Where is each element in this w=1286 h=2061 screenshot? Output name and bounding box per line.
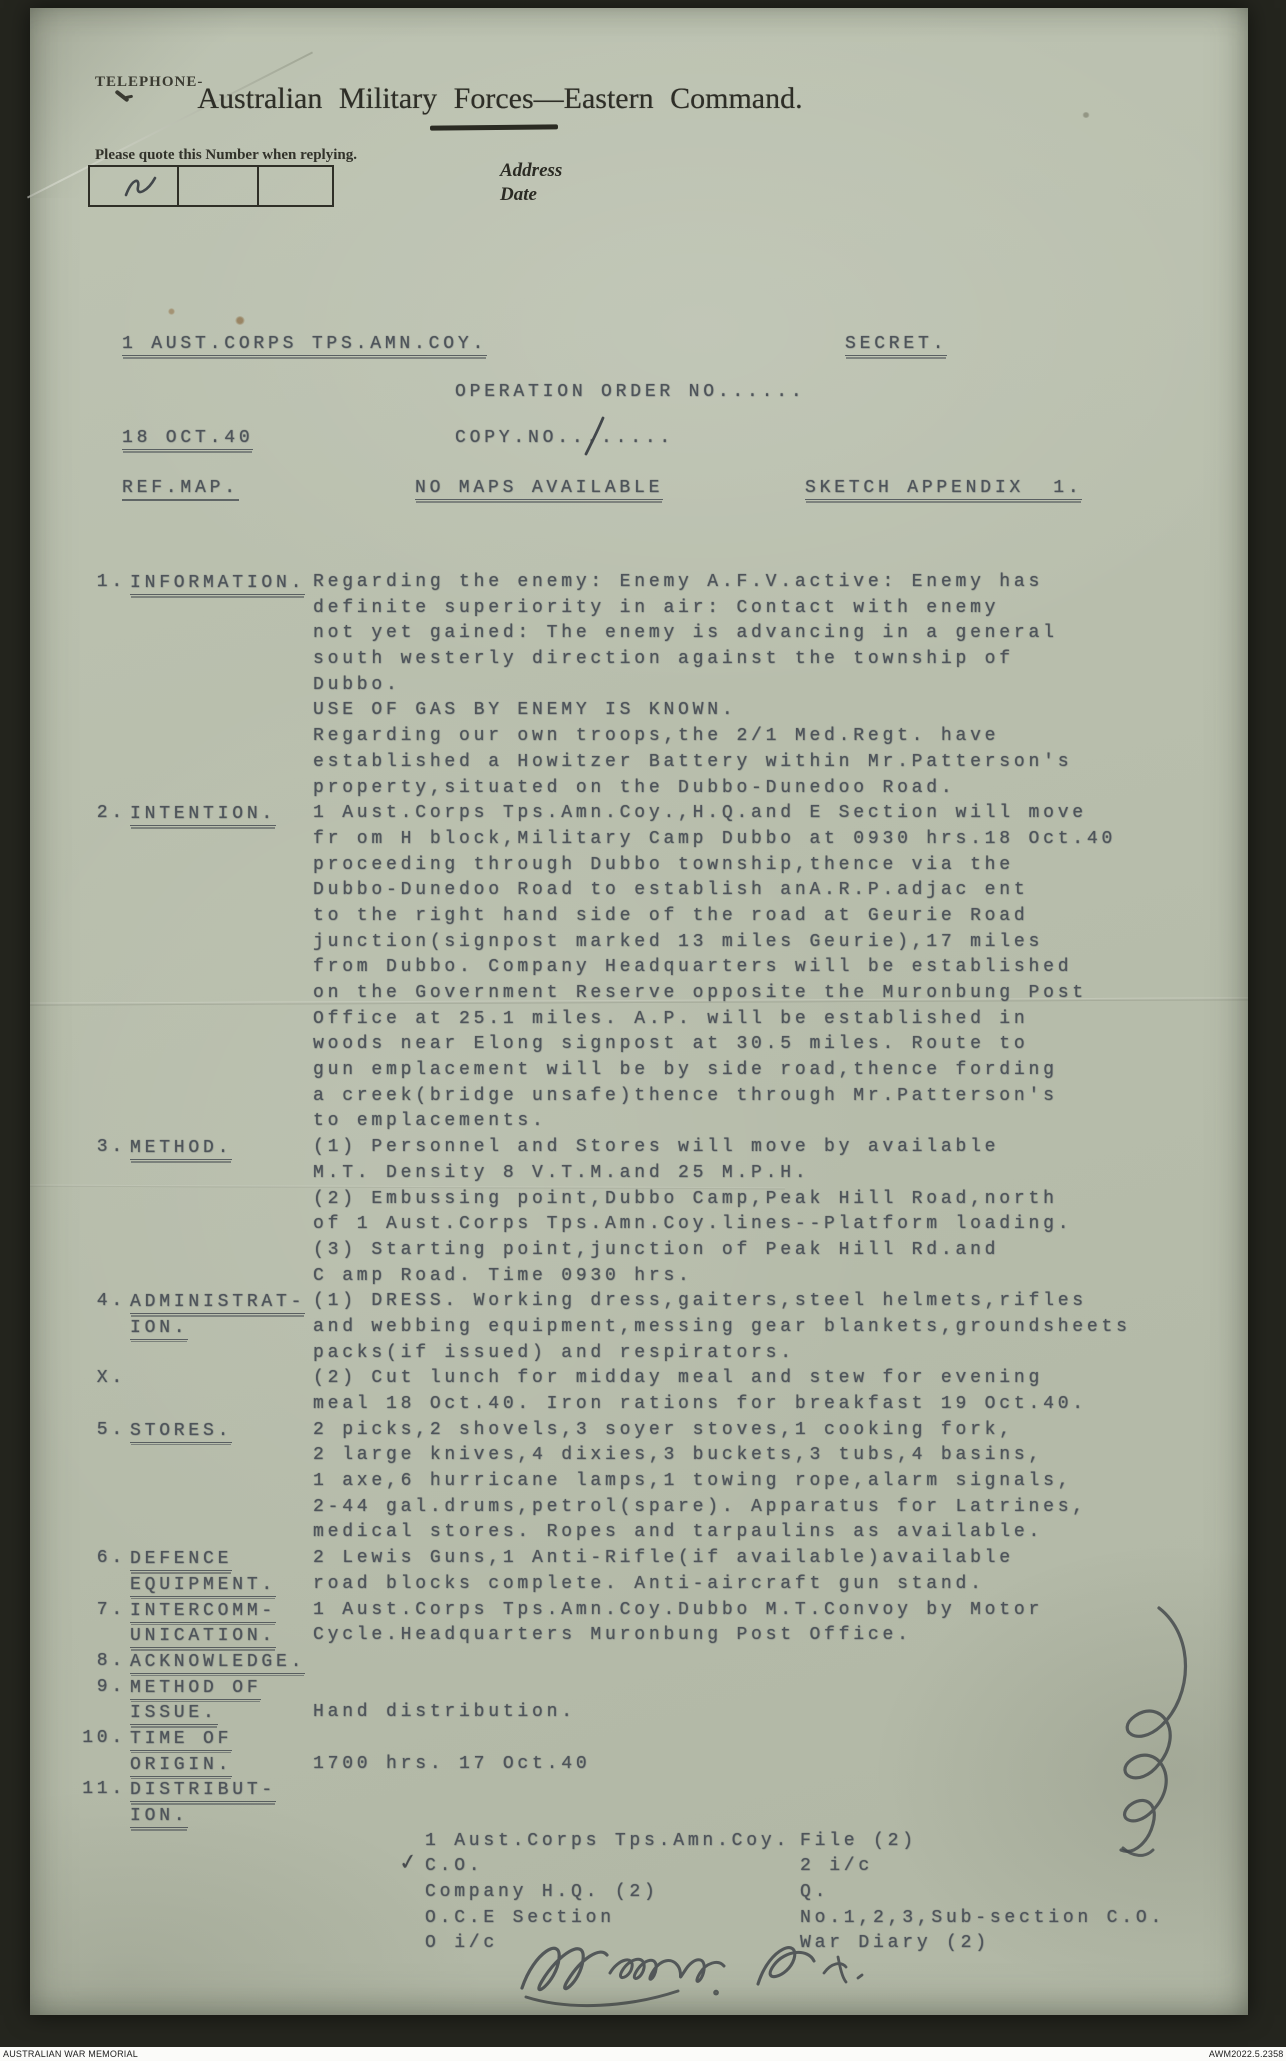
section-heading-line: INFORMATION. bbox=[130, 570, 313, 596]
ink-spot bbox=[1082, 112, 1090, 118]
section-number: 9. bbox=[82, 1675, 126, 1701]
body-line: meal 18 Oct.40. Iron rations for breakfa… bbox=[313, 1392, 1222, 1418]
section-heading-line: ORIGIN. bbox=[130, 1752, 313, 1778]
section-row: 2.INTENTION.1 Aust.Corps Tps.Amn.Coy.,H.… bbox=[82, 801, 1222, 1135]
order-date: 18 OCT.40 bbox=[122, 428, 253, 448]
section-body: 1700 hrs. 17 Oct.40 bbox=[313, 1726, 1222, 1777]
section-heading-line: ACKNOWLEDGE. bbox=[130, 1649, 313, 1675]
section-heading-text: METHOD OF bbox=[130, 1678, 261, 1700]
section-heading-line: EQUIPMENT. bbox=[130, 1572, 313, 1598]
section-number: 8. bbox=[82, 1649, 126, 1675]
section-number: 5. bbox=[82, 1418, 126, 1444]
number-box-cell bbox=[90, 167, 179, 205]
body-line: (2) Cut lunch for midday meal and stew f… bbox=[313, 1366, 1222, 1392]
scanned-document-page: { "letterhead": { "telephone_label": "TE… bbox=[0, 0, 1286, 2061]
section-row: 3.METHOD.(1) Personnel and Stores will m… bbox=[82, 1135, 1222, 1289]
body-line: fr om H block,Military Camp Dubbo at 093… bbox=[313, 827, 1222, 853]
section-row: 6.DEFENCEEQUIPMENT.2 Lewis Guns,1 Anti-R… bbox=[82, 1546, 1222, 1597]
body-line bbox=[313, 1675, 1222, 1701]
section-number: 11. bbox=[82, 1777, 126, 1803]
body-line bbox=[313, 1726, 1222, 1752]
section-heading: ACKNOWLEDGE. bbox=[130, 1649, 313, 1675]
distribution-left-item: Company H.Q. (2) bbox=[425, 1880, 800, 1906]
body-line: M.T. Density 8 V.T.M.and 25 M.P.H. bbox=[313, 1161, 1222, 1187]
section-heading-line: ISSUE. bbox=[130, 1700, 313, 1726]
body-line: south westerly direction against the tow… bbox=[313, 647, 1222, 673]
section-row: X.(2) Cut lunch for midday meal and stew… bbox=[82, 1366, 1222, 1417]
section-number: 3. bbox=[82, 1135, 126, 1161]
section-heading-text: EQUIPMENT. bbox=[130, 1575, 276, 1597]
section-heading-line: ADMINISTRAT- bbox=[130, 1289, 313, 1315]
body-line: woods near Elong signpost at 30.5 miles.… bbox=[313, 1032, 1222, 1058]
section-row: 11.DISTRIBUT-ION. 1 Aust.Corps Tps.Amn.C… bbox=[82, 1777, 1222, 1957]
section-row: 1.INFORMATION.Regarding the enemy: Enemy… bbox=[82, 570, 1222, 801]
section-heading: METHOD OFISSUE. bbox=[130, 1675, 313, 1726]
section-body: Regarding the enemy: Enemy A.F.V.active:… bbox=[313, 570, 1222, 801]
section-row: 7.INTERCOMM-UNICATION.1 Aust.Corps Tps.A… bbox=[82, 1598, 1222, 1649]
address-label: Address bbox=[500, 160, 562, 182]
classification: SECRET. bbox=[845, 334, 947, 354]
body-line: definite superiority in air: Contact wit… bbox=[313, 596, 1222, 622]
section-heading-text: UNICATION. bbox=[130, 1626, 276, 1648]
rust-stain bbox=[235, 316, 245, 325]
section-number: X. bbox=[82, 1366, 126, 1392]
quote-number-note: Please quote this Number when replying. bbox=[95, 147, 357, 164]
body-line: (2) Embussing point,Dubbo Camp,Peak Hill… bbox=[313, 1187, 1222, 1213]
copy-number-line: COPY.NO........ bbox=[455, 428, 674, 448]
section-body: 2 picks,2 shovels,3 soyer stoves,1 cooki… bbox=[313, 1418, 1222, 1546]
section-heading: DEFENCEEQUIPMENT. bbox=[130, 1546, 313, 1597]
section-row: 4.ADMINISTRAT-ION.(1) DRESS. Working dre… bbox=[82, 1289, 1222, 1366]
section-body: 1 Aust.Corps Tps.Amn.Coy.,H.Q.and E Sect… bbox=[313, 801, 1222, 1135]
section-heading-text: DEFENCE bbox=[130, 1549, 232, 1571]
section-heading-text: ORIGIN. bbox=[130, 1755, 232, 1777]
section-heading: INTENTION. bbox=[130, 801, 313, 1135]
section-heading: STORES. bbox=[130, 1418, 313, 1546]
body-line: 2 picks,2 shovels,3 soyer stoves,1 cooki… bbox=[313, 1418, 1222, 1444]
section-heading-text: DISTRIBUT- bbox=[130, 1780, 276, 1802]
check-mark: ✓ bbox=[397, 1849, 423, 1878]
archive-name: AUSTRALIAN WAR MEMORIAL bbox=[3, 2049, 138, 2060]
unit-title: 1 AUST.CORPS TPS.AMN.COY. bbox=[122, 334, 487, 354]
body-line: medical stores. Ropes and tarpaulins as … bbox=[313, 1520, 1222, 1546]
body-line: to emplacements. bbox=[313, 1109, 1222, 1135]
number-box-cell bbox=[259, 167, 332, 205]
section-heading-text: ACKNOWLEDGE. bbox=[130, 1652, 305, 1674]
rust-stain bbox=[168, 308, 175, 315]
body-line: 1 axe,6 hurricane lamps,1 towing rope,al… bbox=[313, 1469, 1222, 1495]
body-line: (1) Personnel and Stores will move by av… bbox=[313, 1135, 1222, 1161]
section-heading-text: INTERCOMM- bbox=[130, 1601, 276, 1623]
section-body: (1) Personnel and Stores will move by av… bbox=[313, 1135, 1222, 1289]
distribution-row: 1 Aust.Corps Tps.Amn.Coy.File (2) bbox=[425, 1829, 1222, 1855]
distribution-left-item: O i/c bbox=[425, 1931, 800, 1957]
section-heading: DISTRIBUT-ION. bbox=[130, 1777, 313, 1957]
section-heading-line: INTENTION. bbox=[130, 801, 313, 827]
section-heading-line: ION. bbox=[130, 1315, 313, 1341]
section-number: 2. bbox=[82, 801, 126, 827]
body-line: 2-44 gal.drums,petrol(spare). Apparatus … bbox=[313, 1495, 1222, 1521]
body-line: Hand distribution. bbox=[313, 1700, 1222, 1726]
section-heading-text: ION. bbox=[130, 1806, 188, 1828]
section-heading: TIME OFORIGIN. bbox=[130, 1726, 313, 1777]
body-line: 2 large knives,4 dixies,3 buckets,3 tubs… bbox=[313, 1443, 1222, 1469]
distribution-row: C.O.✓2 i/c bbox=[425, 1854, 1222, 1880]
body-line: of 1 Aust.Corps Tps.Amn.Coy.lines--Platf… bbox=[313, 1212, 1222, 1238]
number-box bbox=[88, 165, 334, 207]
section-heading-text: STORES. bbox=[130, 1421, 232, 1443]
section-heading-text: INTENTION. bbox=[130, 804, 276, 826]
section-number: 7. bbox=[82, 1598, 126, 1624]
body-line: 1700 hrs. 17 Oct.40 bbox=[313, 1752, 1222, 1778]
section-heading-line: STORES. bbox=[130, 1418, 313, 1444]
sketch-note: SKETCH APPENDIX 1. bbox=[805, 478, 1082, 498]
body-line: Regarding our own troops,the 2/1 Med.Reg… bbox=[313, 724, 1222, 750]
distribution-left-item: 1 Aust.Corps Tps.Amn.Coy. bbox=[425, 1829, 800, 1855]
section-number: 4. bbox=[82, 1289, 126, 1315]
section-body: 1 Aust.Corps Tps.Amn.Coy.File (2)C.O.✓2 … bbox=[313, 1777, 1222, 1957]
distribution-row: O i/cWar Diary (2) bbox=[425, 1931, 1222, 1957]
section-heading-text: ISSUE. bbox=[130, 1703, 218, 1725]
body-line: 1 Aust.Corps Tps.Amn.Coy.,H.Q.and E Sect… bbox=[313, 801, 1222, 827]
document-paper: TELEPHONE- Australian Military Forces—Ea… bbox=[30, 8, 1248, 2015]
section-heading: METHOD. bbox=[130, 1135, 313, 1289]
section-heading-text: ION. bbox=[130, 1318, 188, 1340]
pen-scribble bbox=[118, 171, 162, 201]
body-line: from Dubbo. Company Headquarters will be… bbox=[313, 955, 1222, 981]
distribution-row: Company H.Q. (2)Q. bbox=[425, 1880, 1222, 1906]
section-heading-text: INFORMATION. bbox=[130, 573, 305, 595]
section-row: 8.ACKNOWLEDGE. bbox=[82, 1649, 1222, 1675]
letterhead-title: Australian Military Forces—Eastern Comma… bbox=[170, 82, 830, 116]
section-body: Hand distribution. bbox=[313, 1675, 1222, 1726]
body-line: gun emplacement will be by side road,the… bbox=[313, 1058, 1222, 1084]
body-line: packs(if issued) and respirators. bbox=[313, 1341, 1222, 1367]
distribution-left-item: O.C.E Section bbox=[425, 1906, 800, 1932]
section-heading-text: ADMINISTRAT- bbox=[130, 1292, 305, 1314]
section-heading-line: METHOD OF bbox=[130, 1675, 313, 1701]
title-underline bbox=[430, 124, 558, 130]
body-line: property,situated on the Dubbo-Dunedoo R… bbox=[313, 776, 1222, 802]
body-line: and webbing equipment,messing gear blank… bbox=[313, 1315, 1222, 1341]
section-row: 10.TIME OFORIGIN. 1700 hrs. 17 Oct.40 bbox=[82, 1726, 1222, 1777]
body-line: C amp Road. Time 0930 hrs. bbox=[313, 1264, 1222, 1290]
body-line: junction(signpost marked 13 miles Geurie… bbox=[313, 930, 1222, 956]
order-sections: 1.INFORMATION.Regarding the enemy: Enemy… bbox=[82, 570, 1222, 1957]
section-heading: ADMINISTRAT-ION. bbox=[130, 1289, 313, 1366]
body-line: on the Government Reserve opposite the M… bbox=[313, 981, 1222, 1007]
section-body: (1) DRESS. Working dress,gaiters,steel h… bbox=[313, 1289, 1222, 1366]
section-heading-line: TIME OF bbox=[130, 1726, 313, 1752]
section-row: 9.METHOD OFISSUE. Hand distribution. bbox=[82, 1675, 1222, 1726]
body-line: Regarding the enemy: Enemy A.F.V.active:… bbox=[313, 570, 1222, 596]
maps-note: NO MAPS AVAILABLE bbox=[415, 478, 663, 498]
body-line: USE OF GAS BY ENEMY IS KNOWN. bbox=[313, 698, 1222, 724]
section-heading: INTERCOMM-UNICATION. bbox=[130, 1598, 313, 1649]
section-row: 5.STORES.2 picks,2 shovels,3 soyer stove… bbox=[82, 1418, 1222, 1546]
body-line: Office at 25.1 miles. A.P. will be estab… bbox=[313, 1007, 1222, 1033]
body-line: 1 Aust.Corps Tps.Amn.Coy.Dubbo M.T.Convo… bbox=[313, 1598, 1222, 1624]
section-body: 1 Aust.Corps Tps.Amn.Coy.Dubbo M.T.Convo… bbox=[313, 1598, 1222, 1649]
section-heading-text: METHOD. bbox=[130, 1138, 232, 1160]
section-number: 1. bbox=[82, 570, 126, 596]
distribution-left-item: C.O.✓ bbox=[425, 1854, 800, 1880]
body-line: not yet gained: The enemy is advancing i… bbox=[313, 621, 1222, 647]
body-line: 2 Lewis Guns,1 Anti-Rifle(if available)a… bbox=[313, 1546, 1222, 1572]
distribution-right-item: File (2) bbox=[800, 1829, 1222, 1855]
body-line: proceeding through Dubbo township,thence… bbox=[313, 853, 1222, 879]
distribution-list: 1 Aust.Corps Tps.Amn.Coy.File (2)C.O.✓2 … bbox=[425, 1829, 1222, 1957]
ref-map-label: REF.MAP. bbox=[122, 478, 239, 498]
section-body: 2 Lewis Guns,1 Anti-Rifle(if available)a… bbox=[313, 1546, 1222, 1597]
archive-id: AWM2022.5.2358 bbox=[1208, 2049, 1283, 2060]
body-line bbox=[313, 1803, 1222, 1829]
body-line: road blocks complete. Anti-aircraft gun … bbox=[313, 1572, 1222, 1598]
section-number: 6. bbox=[82, 1546, 126, 1572]
archive-footer: AUSTRALIAN WAR MEMORIAL AWM2022.5.2358 bbox=[0, 2047, 1286, 2061]
section-heading-line: DISTRIBUT- bbox=[130, 1777, 313, 1803]
body-line: Dubbo-Dunedoo Road to establish anA.R.P.… bbox=[313, 878, 1222, 904]
section-heading-line: ION. bbox=[130, 1803, 313, 1829]
section-heading: INFORMATION. bbox=[130, 570, 313, 801]
distribution-right-item: No.1,2,3,Sub-section C.O. bbox=[800, 1906, 1222, 1932]
body-line: a creek(bridge unsafe)thence through Mr.… bbox=[313, 1084, 1222, 1110]
body-line bbox=[313, 1777, 1222, 1803]
date-label: Date bbox=[500, 184, 537, 206]
section-number: 10. bbox=[82, 1726, 126, 1752]
section-body bbox=[313, 1649, 1222, 1675]
pen-mark bbox=[114, 89, 129, 102]
body-line: to the right hand side of the road at Ge… bbox=[313, 904, 1222, 930]
section-heading-line: UNICATION. bbox=[130, 1623, 313, 1649]
distribution-row: O.C.E SectionNo.1,2,3,Sub-section C.O. bbox=[425, 1906, 1222, 1932]
body-line: Dubbo. bbox=[313, 673, 1222, 699]
section-heading-line: METHOD. bbox=[130, 1135, 313, 1161]
section-heading-text: TIME OF bbox=[130, 1729, 232, 1751]
section-heading bbox=[130, 1366, 313, 1417]
number-box-cell bbox=[179, 167, 259, 205]
section-heading-line: DEFENCE bbox=[130, 1546, 313, 1572]
body-line: (1) DRESS. Working dress,gaiters,steel h… bbox=[313, 1289, 1222, 1315]
distribution-right-item: Q. bbox=[800, 1880, 1222, 1906]
distribution-right-item: War Diary (2) bbox=[800, 1931, 1222, 1957]
operation-order-line: OPERATION ORDER NO...... bbox=[455, 382, 805, 402]
section-heading-line: INTERCOMM- bbox=[130, 1598, 313, 1624]
distribution-right-item: 2 i/c bbox=[800, 1854, 1222, 1880]
section-body: (2) Cut lunch for midday meal and stew f… bbox=[313, 1366, 1222, 1417]
body-line: established a Howitzer Battery within Mr… bbox=[313, 750, 1222, 776]
body-line: Cycle.Headquarters Muronbung Post Office… bbox=[313, 1623, 1222, 1649]
body-line: (3) Starting point,junction of Peak Hill… bbox=[313, 1238, 1222, 1264]
